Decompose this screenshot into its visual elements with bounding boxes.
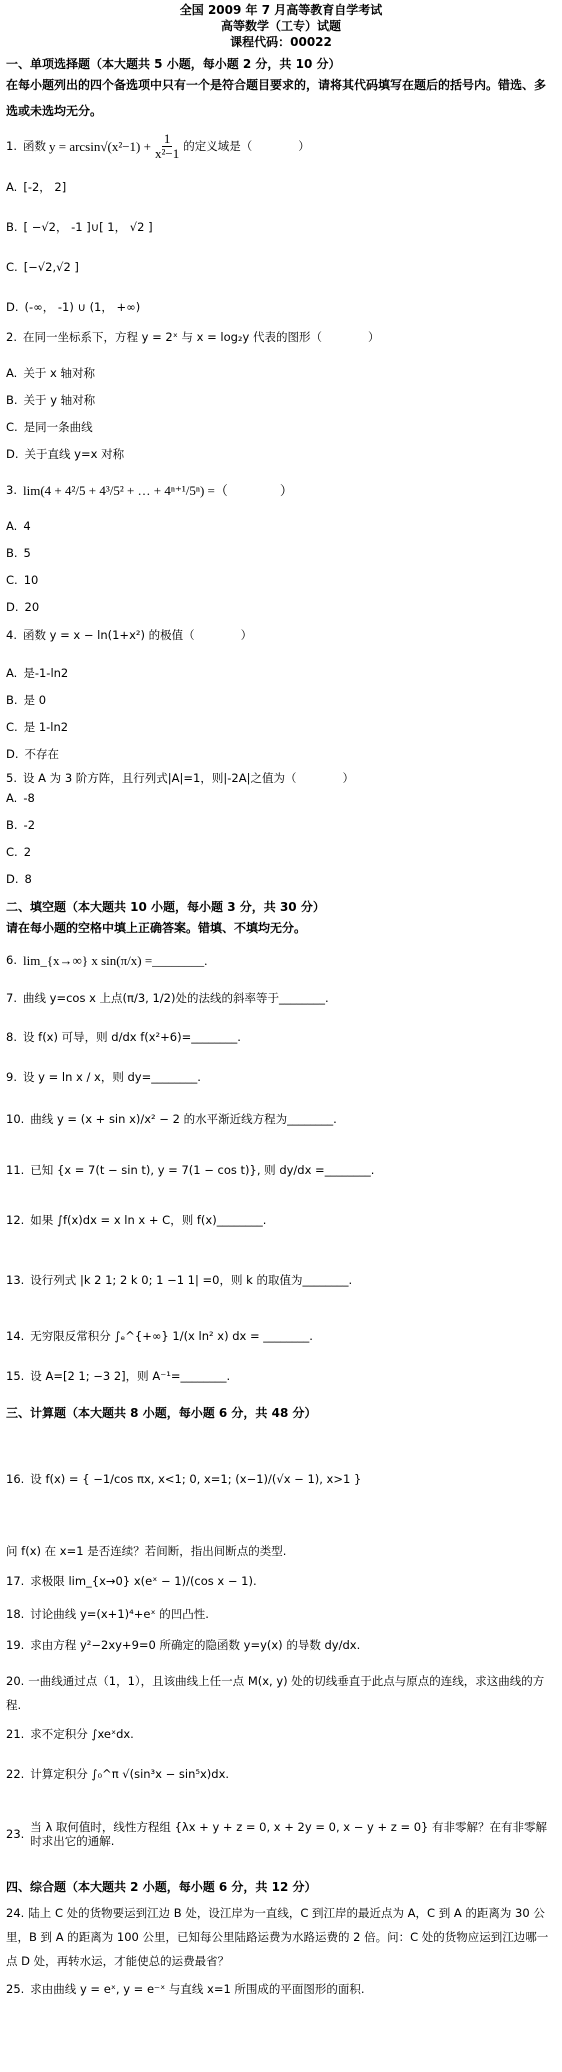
section-4-heading: 四、综合题（本大题共 2 小题，每小题 6 分，共 12 分） <box>6 1879 556 1895</box>
question-1: 1. 函数 y = arcsin√(x²−1) + 1x²−1 的定义域是（ ） <box>6 132 556 161</box>
question-22: 22.计算定积分 ∫₀^π √(sin³x − sin⁵x)dx. <box>6 1761 556 1789</box>
question-8: 8.设 f(x) 可导，则 d/dx f(x²+6)=________. <box>6 1023 556 1053</box>
question-20: 20.一曲线通过点（1，1），且该曲线上任一点 M(x, y) 处的切线垂直于此… <box>6 1669 556 1717</box>
option-3a: A.4 <box>6 518 556 534</box>
section-2-heading: 二、填空题（本大题共 10 小题，每小题 3 分，共 30 分） <box>6 899 556 915</box>
question-14: 14.无穷限反常积分 ∫ₑ^{+∞} 1/(x ln² x) dx = ____… <box>6 1319 556 1355</box>
option-2c: C.是同一条曲线 <box>6 419 556 435</box>
option-5d: D.8 <box>6 871 556 887</box>
option-3b: B.5 <box>6 545 556 561</box>
option-5a: A.-8 <box>6 790 556 806</box>
question-15: 15.设 A=[2 1; −3 2]，则 A⁻¹=________. <box>6 1361 556 1393</box>
course-code: 课程代码：00022 <box>6 34 556 50</box>
section-1-instruction: 在每小题列出的四个备选项中只有一个是符合题目要求的，请将其代码填写在题后的括号内… <box>6 72 556 124</box>
question-5: 5. 设 A 为 3 阶方阵，且行列式|A|=1，则|-2A|之值为（ ） <box>6 770 556 788</box>
question-11: 11.已知 {x = 7(t − sin t), y = 7(1 − cos t… <box>6 1151 556 1191</box>
question-17: 17.求极限 lim_{x→0} x(eˣ − 1)/(cos x − 1). <box>6 1567 556 1597</box>
option-4a: A.是-1-ln2 <box>6 665 556 681</box>
question-16: 16.设 f(x) = { −1/cos πx, x<1; 0, x=1; (x… <box>6 1435 556 1525</box>
option-1b: B.[ −√2， -1 ]∪[ 1， √2 ] <box>6 219 556 235</box>
option-5c: C.2 <box>6 844 556 860</box>
option-4b: B.是 0 <box>6 692 556 708</box>
option-4c: C.是 1-ln2 <box>6 719 556 735</box>
question-6: 6.lim_{x→∞} x sin(π/x) =________. <box>6 947 556 975</box>
question-3: 3. lim(4 + 4²/5 + 4³/5² + … + 4ⁿ⁺¹/5ⁿ) =… <box>6 476 556 506</box>
option-2a: A.关于 x 轴对称 <box>6 365 556 381</box>
question-12: 12.如果 ∫f(x)dx = x ln x + C，则 f(x)_______… <box>6 1209 556 1233</box>
subject-title: 高等数学（工专）试题 <box>6 18 556 34</box>
section-1-heading: 一、单项选择题（本大题共 5 小题，每小题 2 分，共 10 分） <box>6 56 556 72</box>
option-2b: B.关于 y 轴对称 <box>6 392 556 408</box>
question-10: 10.曲线 y = (x + sin x)/x² − 2 的水平渐近线方程为__… <box>6 1103 556 1137</box>
option-5b: B.-2 <box>6 817 556 833</box>
question-13: 13.设行列式 |k 2 1; 2 k 0; 1 −1 1| =0，则 k 的取… <box>6 1251 556 1311</box>
fraction: 1x²−1 <box>153 132 181 161</box>
question-21: 21.求不定积分 ∫xeˣdx. <box>6 1723 556 1747</box>
option-1a: A.[-2， 2] <box>6 179 556 195</box>
question-4: 4. 函数 y = x − ln(1+x²) 的极值（ ） <box>6 627 556 645</box>
exam-title: 全国 2009 年 7 月高等教育自学考试 <box>6 2 556 18</box>
question-23: 23.当 λ 取何值时，线性方程组 {λx + y + z = 0, x + 2… <box>6 1803 556 1867</box>
question-16-followup: 问 f(x) 在 x=1 是否连续？若间断，指出间断点的类型. <box>6 1539 556 1563</box>
section-2-instruction: 请在每小题的空格中填上正确答案。错填、不填均无分。 <box>6 915 556 941</box>
question-19: 19.求由方程 y²−2xy+9=0 所确定的隐函数 y=y(x) 的导数 dy… <box>6 1631 556 1661</box>
option-1d: D.(-∞， -1) ∪ (1， +∞) <box>6 299 556 315</box>
question-25: 25.求由曲线 y = eˣ, y = e⁻ˣ 与直线 x=1 所围成的平面图形… <box>6 1981 556 1999</box>
question-2: 2. 在同一坐标系下，方程 y = 2ˣ 与 x = log₂y 代表的图形（ … <box>6 329 556 347</box>
section-3-heading: 三、计算题（本大题共 8 小题，每小题 6 分，共 48 分） <box>6 1405 556 1421</box>
option-1c: C.[−√2,√2 ] <box>6 259 556 275</box>
option-3c: C.10 <box>6 572 556 588</box>
option-4d: D.不存在 <box>6 746 556 762</box>
question-18: 18.讨论曲线 y=(x+1)⁴+eˣ 的凹凸性. <box>6 1605 556 1625</box>
exam-document: 全国 2009 年 7 月高等教育自学考试 高等数学（工专）试题 课程代码：00… <box>0 2 562 1999</box>
question-7: 7.曲线 y=cos x 上点(π/3, 1/2)处的法线的斜率等于______… <box>6 985 556 1013</box>
question-24: 24.陆上 C 处的货物要运到江边 B 处，设江岸为一直线，C 到江岸的最近点为… <box>6 1901 556 1973</box>
option-3d: D.20 <box>6 599 556 615</box>
question-9: 9.设 y = ln x / x，则 dy=________. <box>6 1063 556 1093</box>
option-2d: D.关于直线 y=x 对称 <box>6 446 556 462</box>
